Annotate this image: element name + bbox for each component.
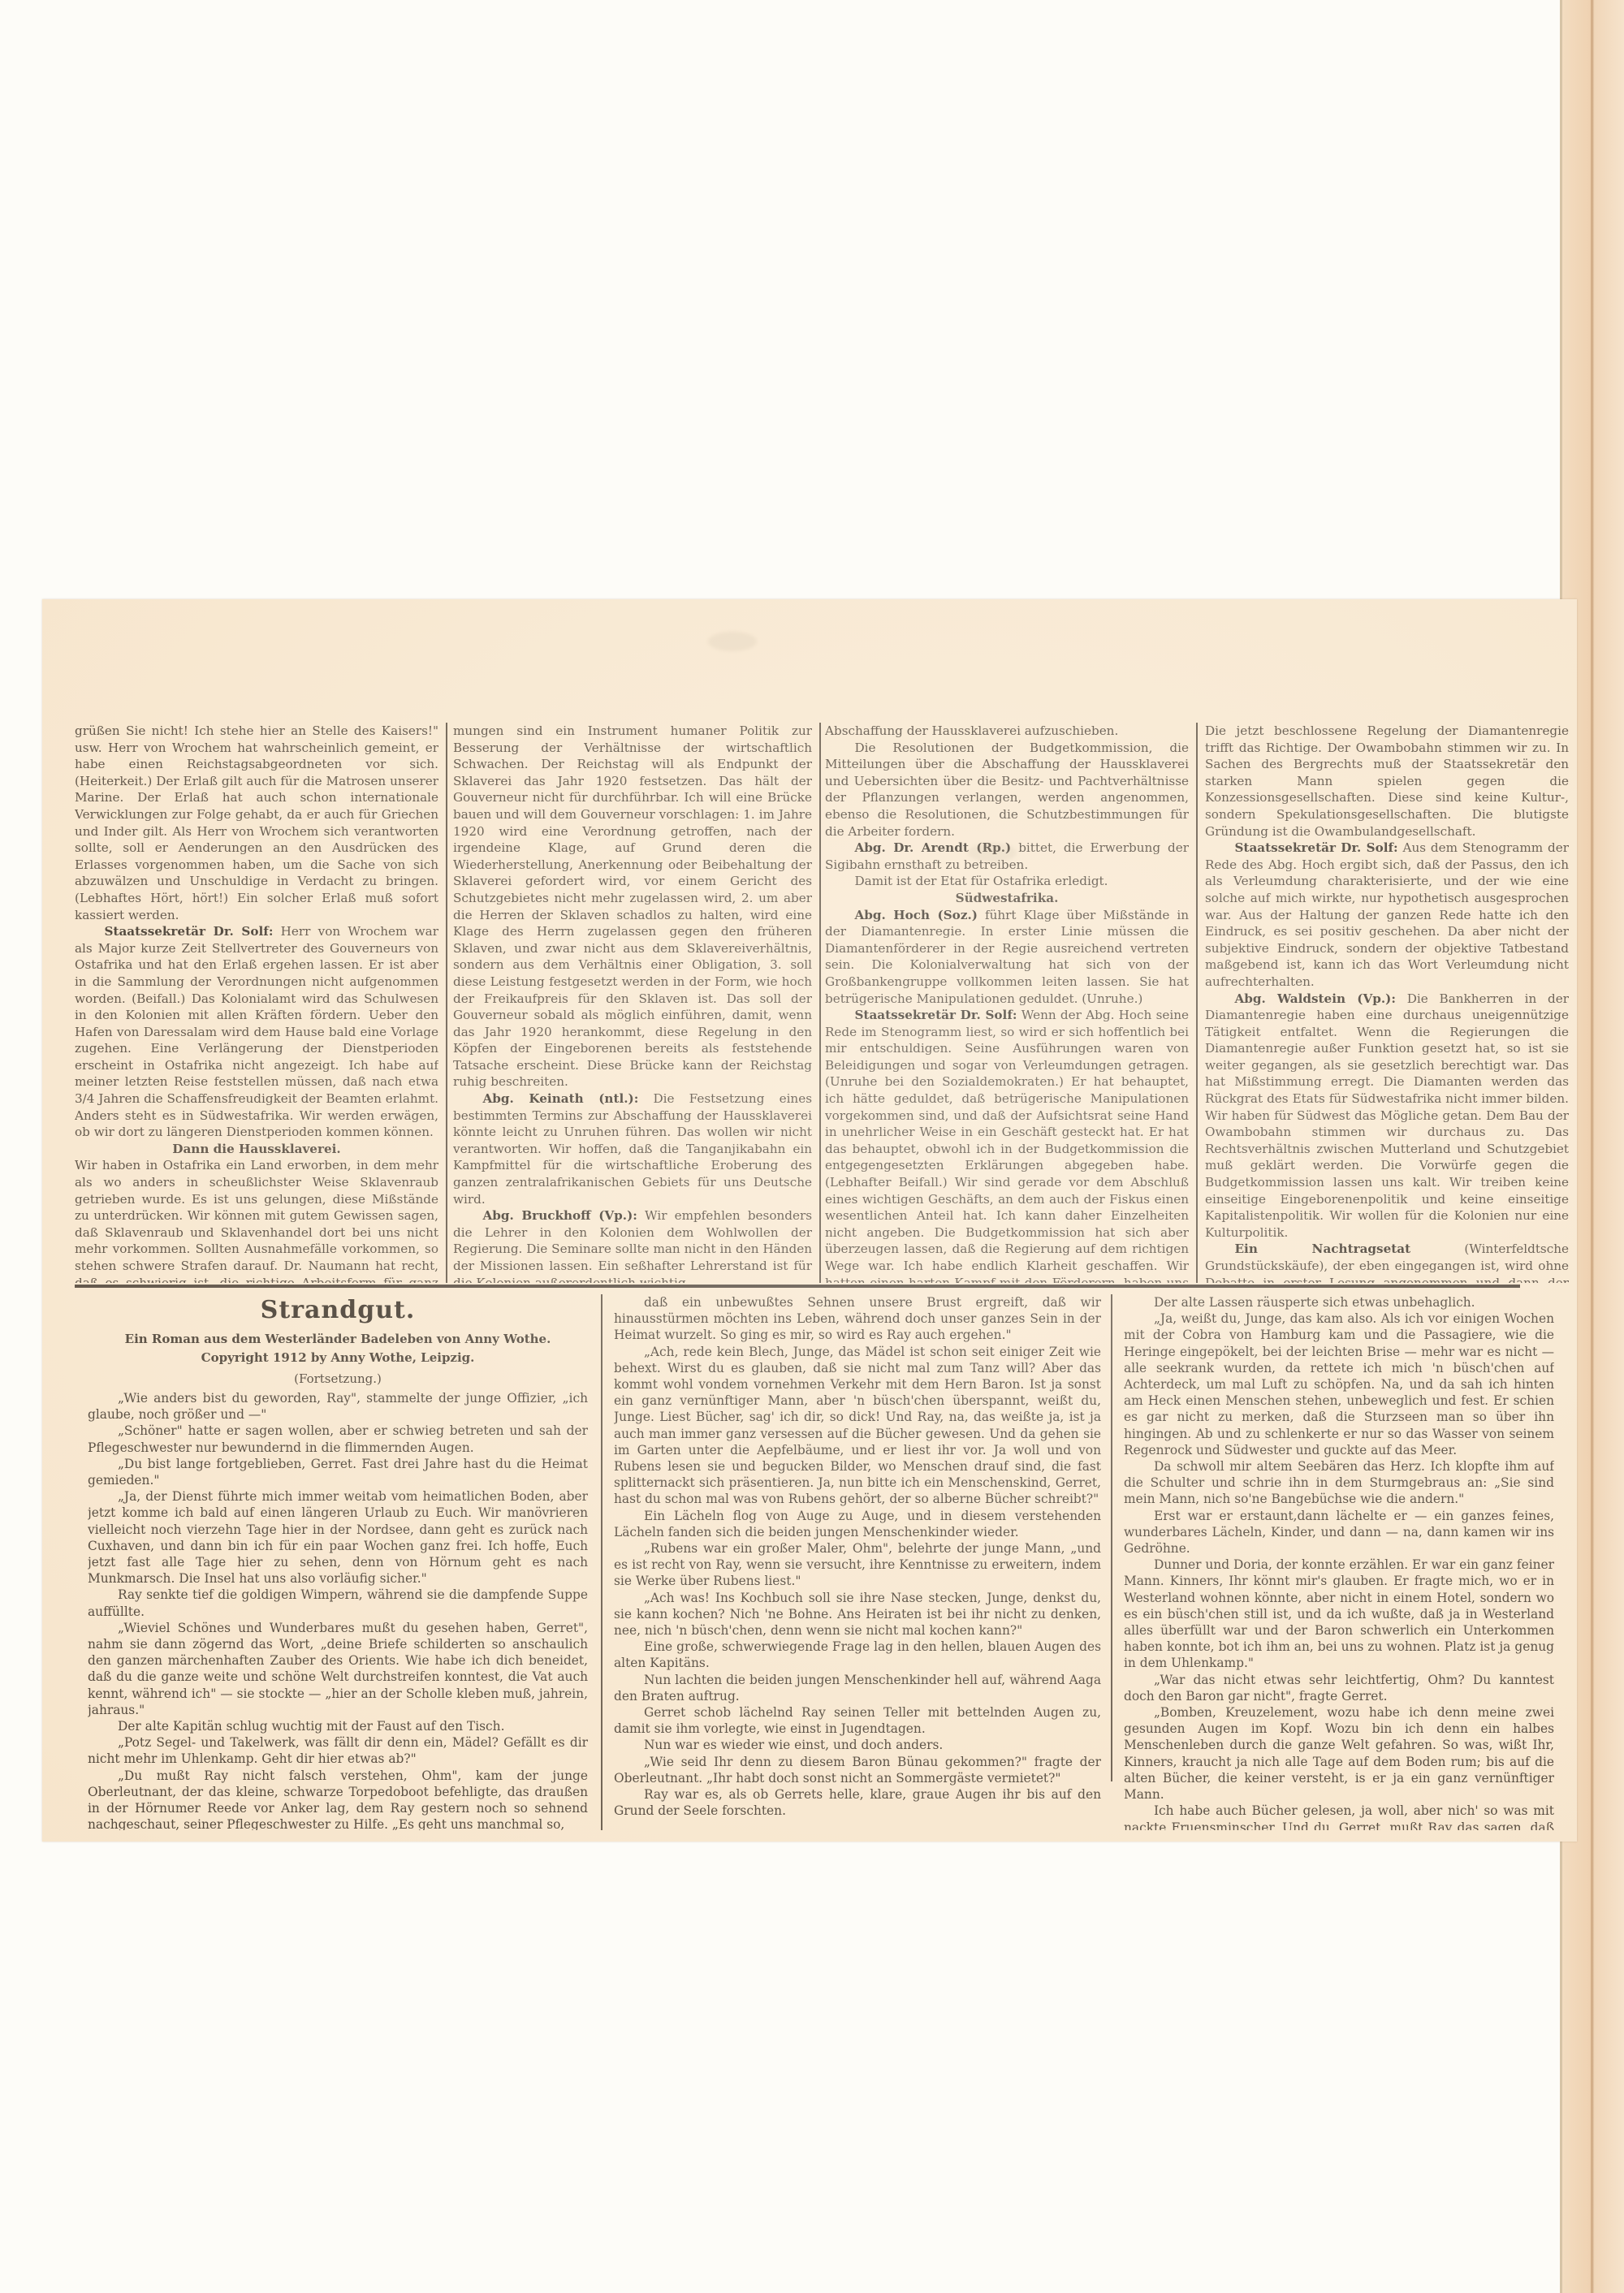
report-column-1: grüßen Sie nicht! Ich stehe hier an Stel…	[75, 723, 438, 1283]
paragraph: Eine große, schwerwiegende Frage lag in …	[614, 1639, 1101, 1671]
paragraph-text: Aus dem Stenogramm der Rede des Abg. Hoc…	[1205, 840, 1569, 989]
serial-subtitle: Ein Roman aus dem Westerländer Badeleben…	[88, 1330, 588, 1348]
paragraph-text: Damit ist der Etat für Ostafrika erledig…	[854, 874, 1108, 888]
paragraph: Ich habe auch Bücher gelesen, ja woll, a…	[1124, 1803, 1554, 1830]
paragraph: daß ein unbewußtes Sehnen unsere Brust e…	[614, 1294, 1101, 1344]
paragraph-text: grüßen Sie nicht! Ich stehe hier an Stel…	[75, 723, 438, 922]
paragraph: Staatssekretär Dr. Solf: Wenn der Abg. H…	[825, 1007, 1189, 1283]
paragraph: Der alte Kapitän schlug wuchtig mit der …	[88, 1718, 588, 1734]
paragraph: „War das nicht etwas sehr leichtfertig, …	[1124, 1672, 1554, 1704]
serial-column-3: Der alte Lassen räusperte sich etwas unb…	[1124, 1294, 1554, 1830]
serial-column-1: Strandgut. Ein Roman aus dem Westerlände…	[88, 1294, 588, 1830]
serial-column-3-text: Der alte Lassen räusperte sich etwas unb…	[1124, 1294, 1554, 1830]
paragraph-text: Die Festsetzung eines bestimmten Termins…	[453, 1091, 812, 1207]
reichstag-report: grüßen Sie nicht! Ich stehe hier an Stel…	[75, 723, 1544, 1285]
section-heading: Dann die Haussklaverei.	[75, 1141, 438, 1158]
speaker-name: Staatssekretär Dr. Solf:	[854, 1008, 1017, 1022]
paragraph: Nun war es wieder wie einst, und doch an…	[614, 1737, 1101, 1753]
paragraph: Ein Lächeln flog von Auge zu Auge, und i…	[614, 1508, 1101, 1540]
serial-copyright: Copyright 1912 by Anny Wothe, Leipzig.	[88, 1348, 588, 1367]
paragraph: Ein Nachtragsetat (Winterfeldtsche Grund…	[1205, 1241, 1569, 1283]
paragraph: Staatssekretär Dr. Solf: Aus dem Stenogr…	[1205, 840, 1569, 990]
paragraph: „Ach, rede kein Blech, Junge, das Mädel …	[614, 1344, 1101, 1508]
paragraph: Abschaffung der Haussklaverei aufzuschie…	[825, 723, 1189, 740]
paragraph: Erst war er erstaunt,dann lächelte er — …	[1124, 1508, 1554, 1557]
paragraph-text: Die jetzt beschlossene Regelung der Diam…	[1205, 723, 1569, 839]
paragraph-text: Die Resolutionen der Budgetkommission, d…	[825, 741, 1189, 839]
column-divider	[1196, 723, 1198, 1283]
paragraph: grüßen Sie nicht! Ich stehe hier an Stel…	[75, 723, 438, 923]
paragraph: Dunner und Doria, der konnte erzählen. E…	[1124, 1557, 1554, 1671]
paragraph: Abg. Keinath (ntl.): Die Festsetzung ein…	[453, 1090, 812, 1207]
section-heading: Südwestafrika.	[825, 890, 1189, 907]
paragraph-text: mungen sind ein Instrument humaner Polit…	[453, 723, 812, 1089]
paragraph: Damit ist der Etat für Ostafrika erledig…	[825, 873, 1189, 890]
paragraph-text: Wir haben in Ostafrika ein Land erworben…	[75, 1158, 438, 1283]
serial-continuation: (Fortsetzung.)	[88, 1367, 588, 1390]
report-column-4: Die jetzt beschlossene Regelung der Diam…	[1205, 723, 1569, 1283]
paragraph: „Wieviel Schönes und Wunderbares mußt du…	[88, 1620, 588, 1718]
paragraph: mungen sind ein Instrument humaner Polit…	[453, 723, 812, 1090]
speaker-name: Staatssekretär Dr. Solf:	[104, 924, 273, 939]
report-column-2: mungen sind ein Instrument humaner Polit…	[453, 723, 812, 1283]
paragraph: Abg. Bruckhoff (Vp.): Wir empfehlen beso…	[453, 1207, 812, 1283]
paragraph: Da schwoll mir altem Seebären das Herz. …	[1124, 1458, 1554, 1508]
paragraph: Der alte Lassen räusperte sich etwas unb…	[1124, 1294, 1554, 1311]
paragraph: „Du bist lange fortgeblieben, Gerret. Fa…	[88, 1456, 588, 1488]
paragraph: „Wie seid Ihr denn zu diesem Baron Bünau…	[614, 1754, 1101, 1786]
paragraph-text: Südwestafrika.	[956, 891, 1059, 905]
paragraph: „Schöner" hatte er sagen wollen, aber er…	[88, 1423, 588, 1455]
paragraph: „Ach was! Ins Kochbuch soll sie ihre Nas…	[614, 1590, 1101, 1639]
paragraph: Nun lachten die beiden jungen Menschenki…	[614, 1672, 1101, 1704]
speaker-name: Abg. Hoch (Soz.)	[854, 908, 977, 922]
serial-novel: Strandgut. Ein Roman aus dem Westerlände…	[75, 1294, 1544, 1830]
column-divider	[601, 1294, 603, 1830]
paragraph: „Rubens war ein großer Maler, Ohm", bele…	[614, 1540, 1101, 1590]
section-divider	[75, 1285, 1520, 1288]
column-divider	[819, 723, 821, 1283]
paper-stain	[968, 843, 1017, 862]
newspaper-clipping: grüßen Sie nicht! Ich stehe hier an Stel…	[42, 599, 1577, 1842]
paragraph: Wir haben in Ostafrika ein Land erworben…	[75, 1157, 438, 1283]
speaker-name: Abg. Waldstein (Vp.):	[1234, 991, 1395, 1006]
paragraph: Gerret schob lächelnd Ray seinen Teller …	[614, 1704, 1101, 1737]
paragraph: Die Resolutionen der Budgetkommission, d…	[825, 740, 1189, 840]
paragraph: „Ja, weißt du, Junge, das kam also. Als …	[1124, 1311, 1554, 1458]
paragraph: „Bomben, Kreuzelement, wozu habe ich den…	[1124, 1704, 1554, 1803]
serial-title: Strandgut.	[88, 1294, 588, 1327]
paragraph-text: Die Bankherren in der Diamantenregie hab…	[1205, 991, 1569, 1240]
serial-column-2: daß ein unbewußtes Sehnen unsere Brust e…	[614, 1294, 1101, 1830]
paragraph: Abg. Hoch (Soz.) führt Klage über Mißstä…	[825, 907, 1189, 1008]
paragraph-text: Wenn der Abg. Hoch seine Rede im Stenogr…	[825, 1008, 1189, 1283]
paragraph: „Du mußt Ray nicht falsch verstehen, Ohm…	[88, 1768, 588, 1830]
paragraph: Ray war es, als ob Gerrets helle, klare,…	[614, 1786, 1101, 1819]
paragraph-text: Herr von Wrochem war als Major kurze Zei…	[75, 924, 438, 1139]
paragraph-text: Dann die Haussklaverei.	[172, 1142, 340, 1156]
column-divider	[446, 723, 447, 1283]
serial-column-1-text: „Wie anders bist du geworden, Ray", stam…	[88, 1390, 588, 1830]
paragraph: „Ja, der Dienst führte mich immer weitab…	[88, 1488, 588, 1587]
paragraph: „Potz Segel- und Takelwerk, was fällt di…	[88, 1734, 588, 1767]
speaker-name: Abg. Bruckhoff (Vp.):	[482, 1208, 637, 1223]
paragraph: Ray senkte tief die goldigen Wimpern, wä…	[88, 1587, 588, 1619]
paragraph: „Wie anders bist du geworden, Ray", stam…	[88, 1390, 588, 1423]
paragraph: Die jetzt beschlossene Regelung der Diam…	[1205, 723, 1569, 840]
paragraph: Abg. Waldstein (Vp.): Die Bankherren in …	[1205, 991, 1569, 1242]
speaker-name: Abg. Keinath (ntl.):	[482, 1091, 638, 1106]
paragraph-text: Abschaffung der Haussklaverei aufzuschie…	[825, 723, 1118, 738]
paragraph: Staatssekretär Dr. Solf: Herr von Wroche…	[75, 923, 438, 1141]
paper-stain	[708, 632, 757, 651]
report-column-3: Abschaffung der Haussklaverei aufzuschie…	[825, 723, 1189, 1283]
speaker-name: Staatssekretär Dr. Solf:	[1234, 840, 1397, 855]
speaker-name: Ein Nachtragsetat	[1234, 1242, 1410, 1256]
column-divider	[1111, 1294, 1112, 1781]
